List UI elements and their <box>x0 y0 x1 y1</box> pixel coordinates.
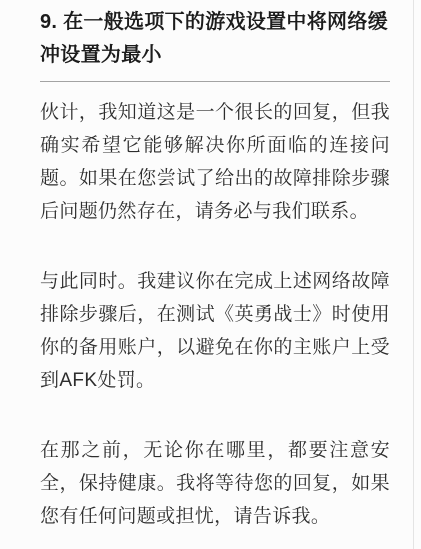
divider <box>40 81 390 82</box>
paragraph: 伙计，我知道这是一个很长的回复，但我确实希望它能够解决你所面临的连接问题。如果在… <box>40 96 390 228</box>
section-heading: 9. 在一般选项下的游戏设置中将网络缓冲设置为最小 <box>40 6 390 72</box>
article-body: 伙计，我知道这是一个很长的回复，但我确实希望它能够解决你所面临的连接问题。如果在… <box>40 96 390 533</box>
paragraph: 在那之前，无论你在哪里，都要注意安全，保持健康。我将等待您的回复，如果您有任何问… <box>40 434 390 533</box>
paragraph: 与此同时。我建议你在完成上述网络故障排除步骤后，在测试《英勇战士》时使用你的备用… <box>40 265 390 397</box>
document-page: 9. 在一般选项下的游戏设置中将网络缓冲设置为最小 伙计，我知道这是一个很长的回… <box>0 0 421 549</box>
